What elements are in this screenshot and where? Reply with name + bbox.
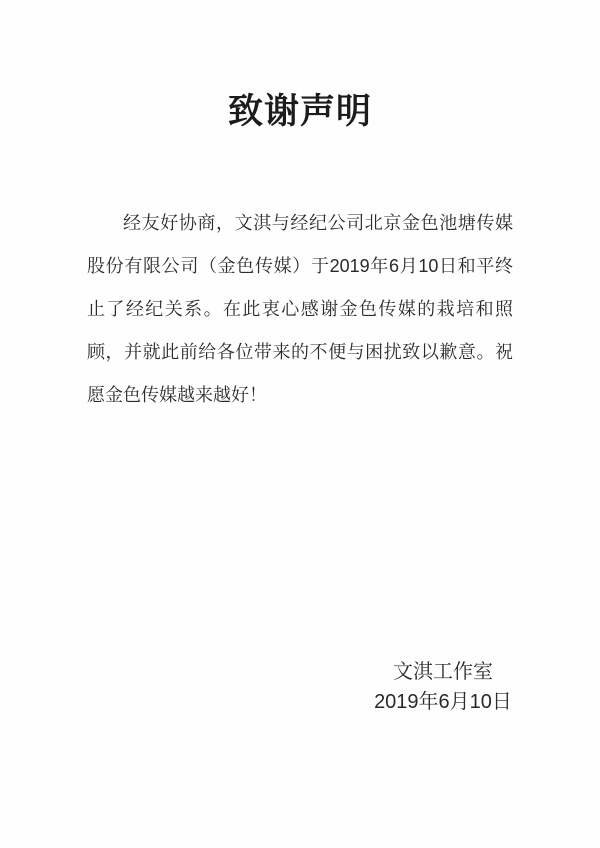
statement-title: 致谢声明	[0, 90, 600, 134]
signature-name: 文淇工作室	[333, 658, 553, 687]
body-line-2: 股份有限公司（金色传媒）于2019年6月10日和平终	[87, 245, 513, 288]
body-line-1: 经友好协商，文淇与经纪公司北京金色池塘传媒	[87, 202, 513, 245]
signature-date: 2019年6月10日	[333, 687, 553, 717]
body-line-4: 顾，并就此前给各位带来的不便与困扰致以歉意。祝	[87, 331, 513, 374]
statement-page: 致谢声明 经友好协商，文淇与经纪公司北京金色池塘传媒 股份有限公司（金色传媒）于…	[0, 0, 600, 848]
body-line-3: 止了经纪关系。在此衷心感谢金色传媒的栽培和照	[87, 288, 513, 331]
signature-block: 文淇工作室 2019年6月10日	[333, 658, 553, 717]
statement-body: 经友好协商，文淇与经纪公司北京金色池塘传媒 股份有限公司（金色传媒）于2019年…	[87, 202, 513, 417]
body-line-5: 愿金色传媒越来越好！	[87, 374, 513, 417]
